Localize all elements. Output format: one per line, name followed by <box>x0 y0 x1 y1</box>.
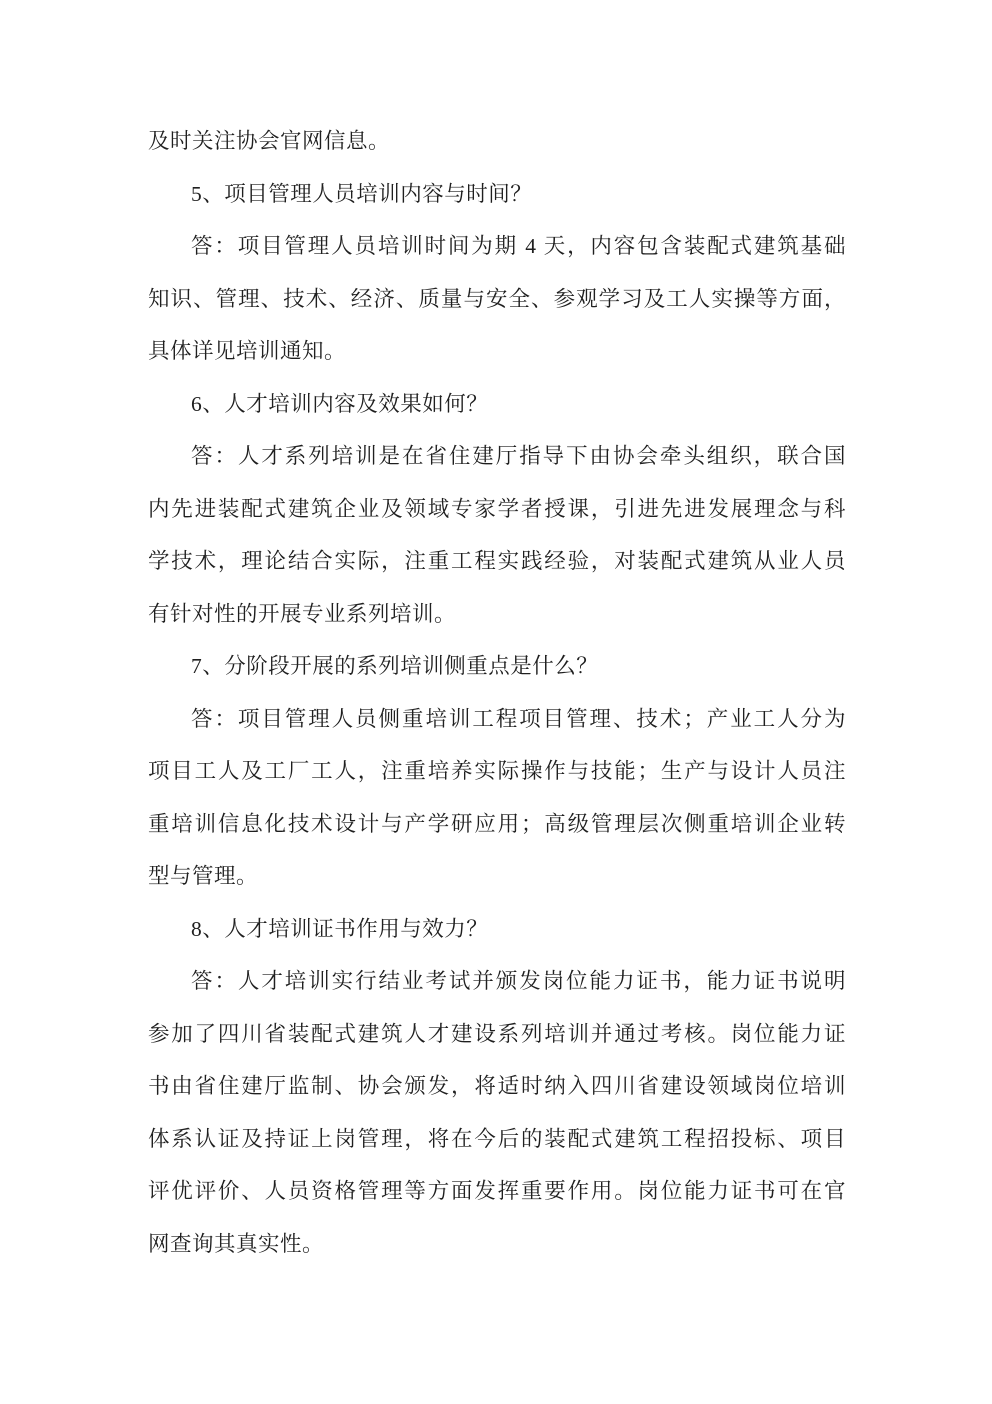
answer-line: 具体详见培训通知。 <box>148 325 846 378</box>
answer-line: 答：人才培训实行结业考试并颁发岗位能力证书，能力证书说明 <box>148 955 846 1008</box>
answer-line: 答：项目管理人员侧重培训工程项目管理、技术；产业工人分为 <box>148 693 846 746</box>
paragraph-answer: 答：人才培训实行结业考试并颁发岗位能力证书，能力证书说明参加了四川省装配式建筑人… <box>148 955 846 1270</box>
answer-line: 书由省住建厅监制、协会颁发，将适时纳入四川省建设领域岗位培训 <box>148 1060 846 1113</box>
answer-line: 评优评价、人员资格管理等方面发挥重要作用。岗位能力证书可在官 <box>148 1165 846 1218</box>
paragraph-question: 5、项目管理人员培训内容与时间？ <box>148 168 846 221</box>
paragraph-answer: 答：人才系列培训是在省住建厅指导下由协会牵头组织，联合国内先进装配式建筑企业及领… <box>148 430 846 640</box>
answer-line: 答：项目管理人员培训时间为期 4 天，内容包含装配式建筑基础 <box>148 220 846 273</box>
answer-line: 型与管理。 <box>148 850 846 903</box>
question-line: 6、人才培训内容及效果如何？ <box>148 378 846 431</box>
paragraph-question: 6、人才培训内容及效果如何？ <box>148 378 846 431</box>
question-line: 5、项目管理人员培训内容与时间？ <box>148 168 846 221</box>
question-line: 8、人才培训证书作用与效力？ <box>148 903 846 956</box>
answer-line: 重培训信息化技术设计与产学研应用；高级管理层次侧重培训企业转 <box>148 798 846 851</box>
answer-line: 内先进装配式建筑企业及领域专家学者授课，引进先进发展理念与科 <box>148 483 846 536</box>
paragraph-answer: 答：项目管理人员培训时间为期 4 天，内容包含装配式建筑基础知识、管理、技术、经… <box>148 220 846 378</box>
answer-line: 项目工人及工厂工人，注重培养实际操作与技能；生产与设计人员注 <box>148 745 846 798</box>
answer-line: 体系认证及持证上岗管理，将在今后的装配式建筑工程招投标、项目 <box>148 1113 846 1166</box>
answer-line: 答：人才系列培训是在省住建厅指导下由协会牵头组织，联合国 <box>148 430 846 483</box>
paragraph-question: 7、分阶段开展的系列培训侧重点是什么？ <box>148 640 846 693</box>
paragraph-answer: 答：项目管理人员侧重培训工程项目管理、技术；产业工人分为项目工人及工厂工人，注重… <box>148 693 846 903</box>
paragraph-question: 8、人才培训证书作用与效力？ <box>148 903 846 956</box>
paragraph-body-continuation: 及时关注协会官网信息。 <box>148 115 846 168</box>
page: { "page": { "background_color": "#ffffff… <box>0 0 992 1404</box>
answer-line: 知识、管理、技术、经济、质量与安全、参观学习及工人实操等方面， <box>148 273 846 326</box>
answer-line: 网查询其真实性。 <box>148 1218 846 1271</box>
document-body: 及时关注协会官网信息。5、项目管理人员培训内容与时间？答：项目管理人员培训时间为… <box>148 115 846 1270</box>
answer-line: 参加了四川省装配式建筑人才建设系列培训并通过考核。岗位能力证 <box>148 1008 846 1061</box>
question-line: 7、分阶段开展的系列培训侧重点是什么？ <box>148 640 846 693</box>
answer-line: 有针对性的开展专业系列培训。 <box>148 588 846 641</box>
document-page: 及时关注协会官网信息。5、项目管理人员培训内容与时间？答：项目管理人员培训时间为… <box>0 0 992 1404</box>
body-continuation-line: 及时关注协会官网信息。 <box>148 115 846 168</box>
answer-line: 学技术，理论结合实际，注重工程实践经验，对装配式建筑从业人员 <box>148 535 846 588</box>
